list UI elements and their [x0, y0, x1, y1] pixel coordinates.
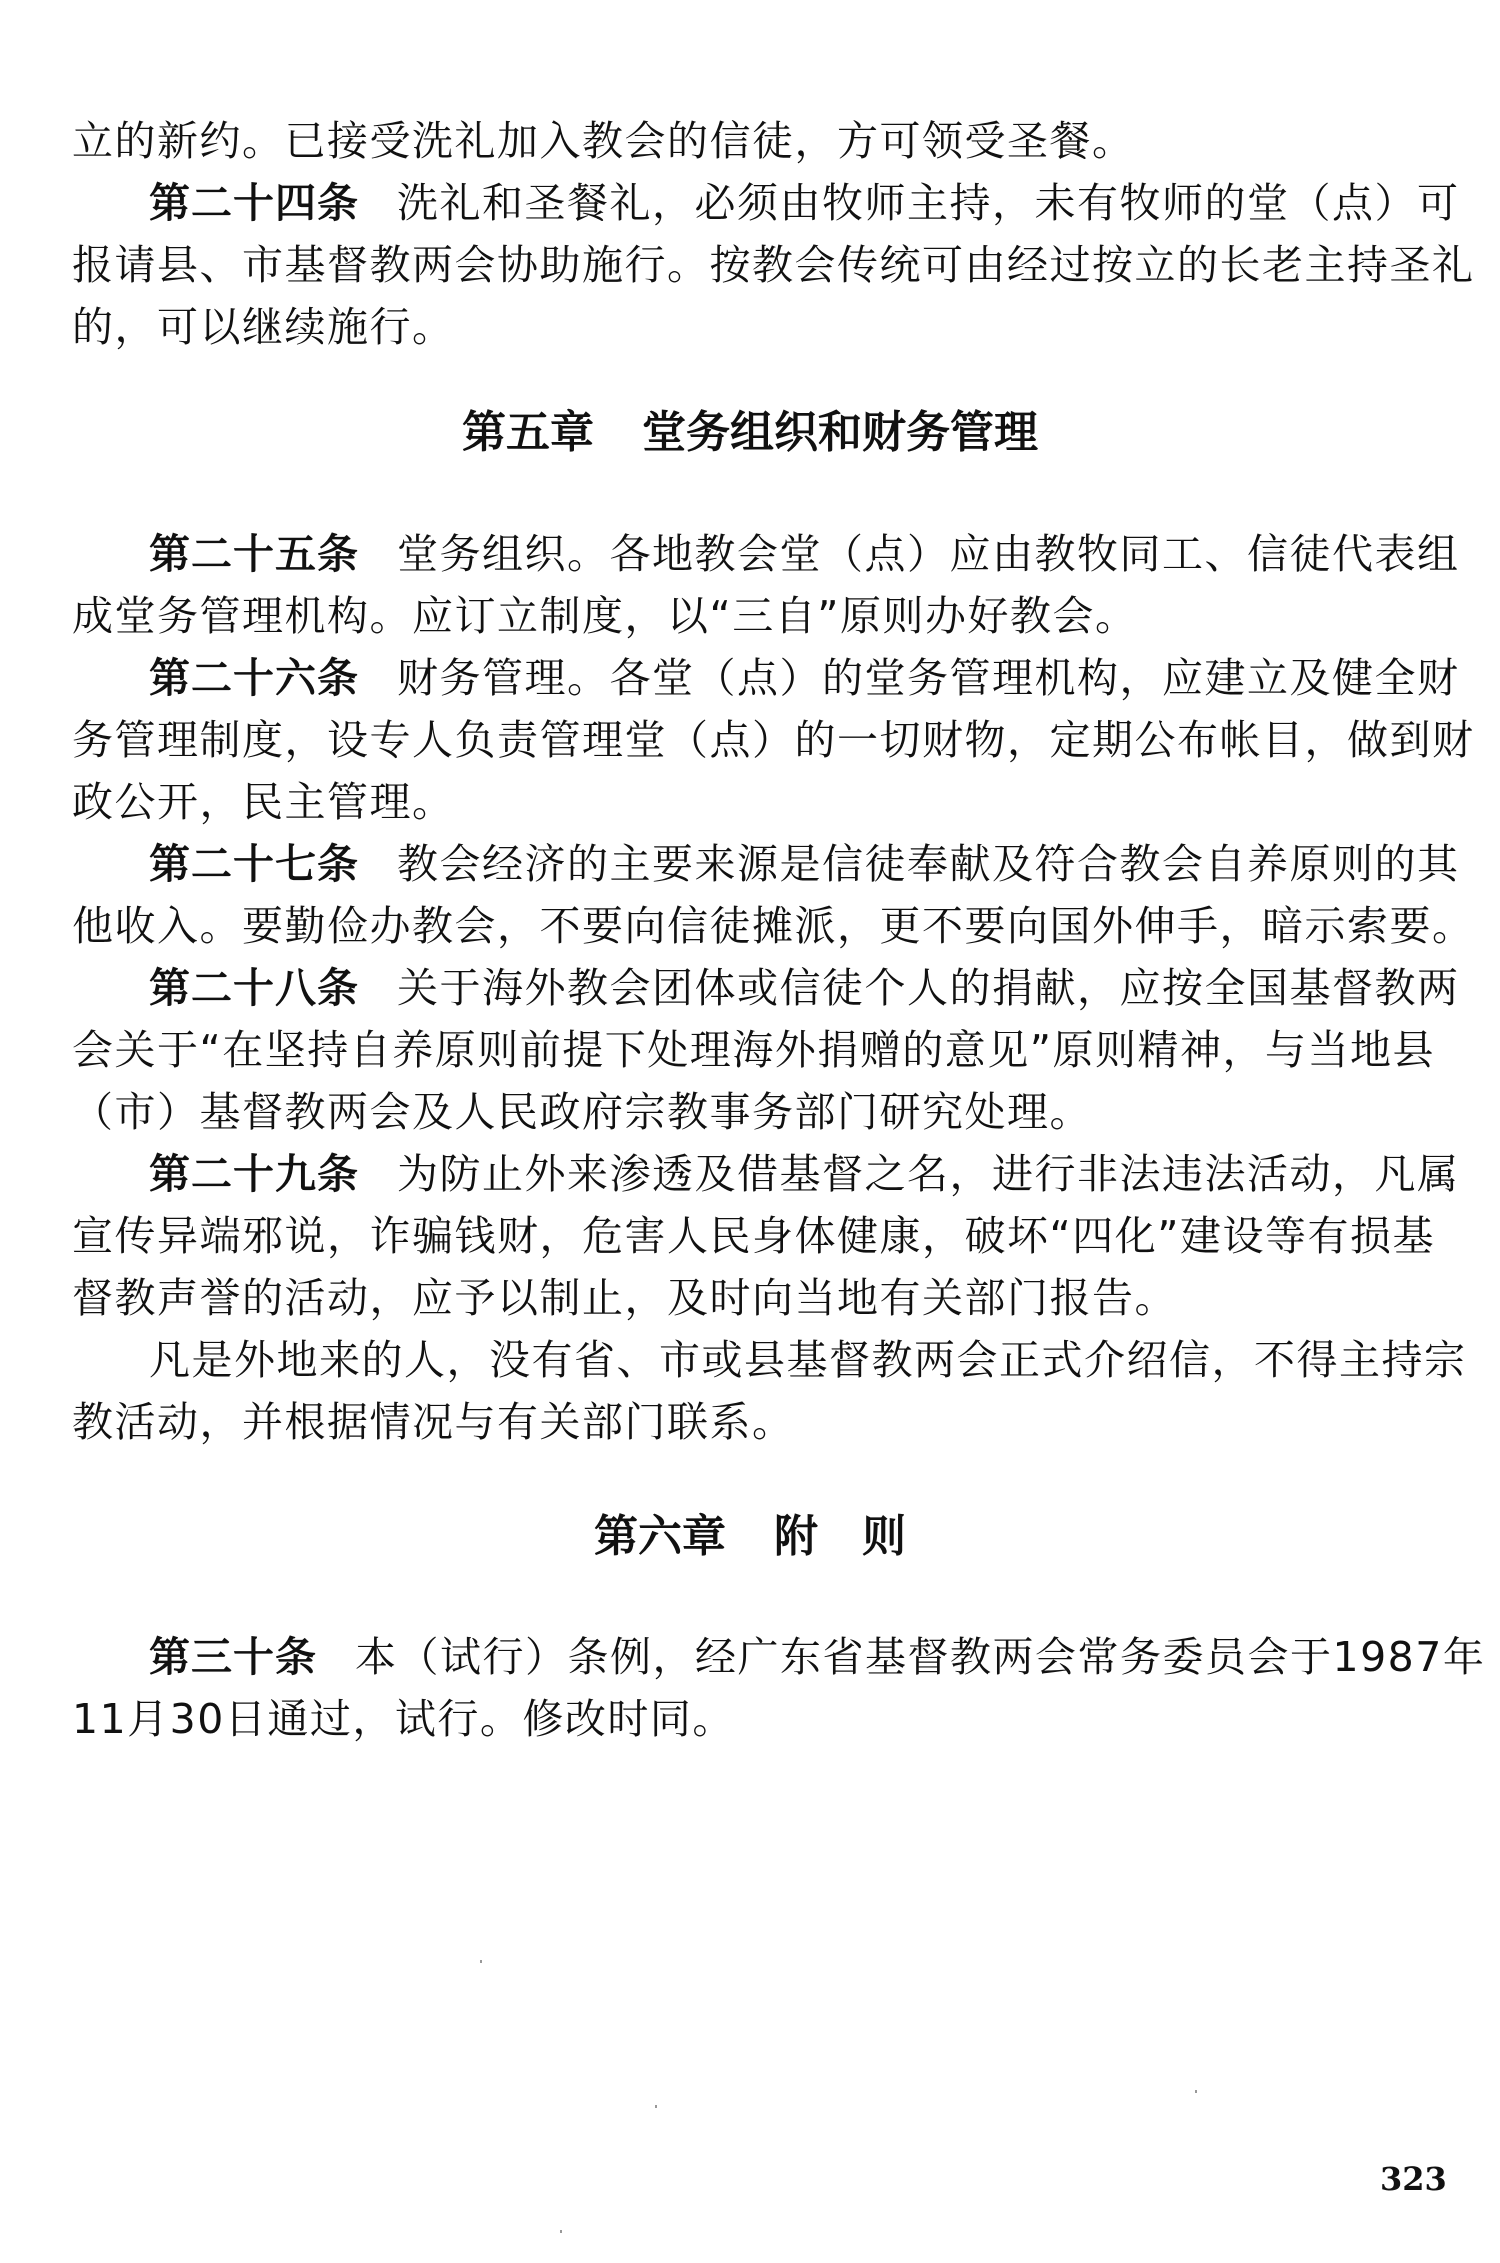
article-label: 第二十四条	[149, 179, 359, 227]
article-30-line-1: 第三十条本（试行）条例，经广东省基督教两会常务委员会于1987年	[149, 1632, 1427, 1682]
page-number: 323	[1380, 2160, 1447, 2198]
article-label: 第二十六条	[149, 654, 359, 702]
text-line: 立的新约。已接受洗礼加入教会的信徒，方可领受圣餐。	[72, 116, 1427, 166]
article-25-line-2: 成堂务管理机构。应订立制度，以“三自”原则办好教会。	[72, 591, 1427, 641]
article-text: 关于海外教会团体或信徒个人的捐献，应按全国基督教两	[397, 964, 1460, 1012]
paragraph-line-2: 教活动，并根据情况与有关部门联系。	[72, 1397, 1427, 1447]
chapter-title: 附 则	[774, 1511, 906, 1562]
paragraph-line-1: 凡是外地来的人，没有省、市或县基督教两会正式介绍信，不得主持宗	[149, 1335, 1427, 1385]
chapter-6-heading: 第六章附 则	[0, 1509, 1500, 1565]
article-24-line-3: 的，可以继续施行。	[72, 302, 1427, 352]
article-text: 为防止外来渗透及借基督之名，进行非法违法活动，凡属	[397, 1150, 1460, 1198]
article-text: 财务管理。各堂（点）的堂务管理机构，应建立及健全财	[397, 654, 1460, 702]
article-24-line-2: 报请县、市基督教两会协助施行。按教会传统可由经过按立的长老主持圣礼	[72, 240, 1427, 290]
article-text: 教会经济的主要来源是信徒奉献及符合教会自养原则的其	[397, 840, 1460, 888]
article-label: 第二十八条	[149, 964, 359, 1012]
article-27-line-1: 第二十七条教会经济的主要来源是信徒奉献及符合教会自养原则的其	[149, 839, 1427, 889]
document-page: 立的新约。已接受洗礼加入教会的信徒，方可领受圣餐。 第二十四条洗礼和圣餐礼，必须…	[0, 0, 1500, 2263]
article-28-line-2: 会关于“在坚持自养原则前提下处理海外捐赠的意见”原则精神，与当地县	[72, 1025, 1427, 1075]
scan-speck	[655, 2105, 657, 2108]
chapter-title: 堂务组织和财务管理	[642, 407, 1038, 458]
scan-speck	[560, 2230, 562, 2233]
article-27-line-2: 他收入。要勤俭办教会，不要向信徒摊派，更不要向国外伸手，暗示索要。	[72, 901, 1427, 951]
article-text: 堂务组织。各地教会堂（点）应由教牧同工、信徒代表组	[397, 530, 1460, 578]
article-28-line-3: （市）基督教两会及人民政府宗教事务部门研究处理。	[72, 1087, 1427, 1137]
chapter-label: 第六章	[594, 1511, 726, 1562]
chapter-label: 第五章	[462, 407, 594, 458]
article-label: 第三十条	[149, 1633, 317, 1681]
article-24-line-1: 第二十四条洗礼和圣餐礼，必须由牧师主持，未有牧师的堂（点）可	[149, 178, 1427, 228]
article-label: 第二十九条	[149, 1150, 359, 1198]
article-30-line-2: 11月30日通过，试行。修改时同。	[72, 1694, 1427, 1744]
article-26-line-3: 政公开，民主管理。	[72, 777, 1427, 827]
article-text: 本（试行）条例，经广东省基督教两会常务委员会于1987年	[355, 1633, 1485, 1681]
article-text: 洗礼和圣餐礼，必须由牧师主持，未有牧师的堂（点）可	[397, 179, 1460, 227]
article-26-line-1: 第二十六条财务管理。各堂（点）的堂务管理机构，应建立及健全财	[149, 653, 1427, 703]
article-29-line-1: 第二十九条为防止外来渗透及借基督之名，进行非法违法活动，凡属	[149, 1149, 1427, 1199]
article-26-line-2: 务管理制度，设专人负责管理堂（点）的一切财物，定期公布帐目，做到财	[72, 715, 1427, 765]
article-label: 第二十五条	[149, 530, 359, 578]
scan-speck	[1195, 2090, 1197, 2093]
article-25-line-1: 第二十五条堂务组织。各地教会堂（点）应由教牧同工、信徒代表组	[149, 529, 1427, 579]
scan-speck	[480, 1960, 482, 1963]
article-label: 第二十七条	[149, 840, 359, 888]
article-29-line-3: 督教声誉的活动，应予以制止，及时向当地有关部门报告。	[72, 1273, 1427, 1323]
article-29-line-2: 宣传异端邪说，诈骗钱财，危害人民身体健康，破坏“四化”建设等有损基	[72, 1211, 1427, 1261]
chapter-5-heading: 第五章堂务组织和财务管理	[0, 405, 1500, 461]
article-28-line-1: 第二十八条关于海外教会团体或信徒个人的捐献，应按全国基督教两	[149, 963, 1427, 1013]
